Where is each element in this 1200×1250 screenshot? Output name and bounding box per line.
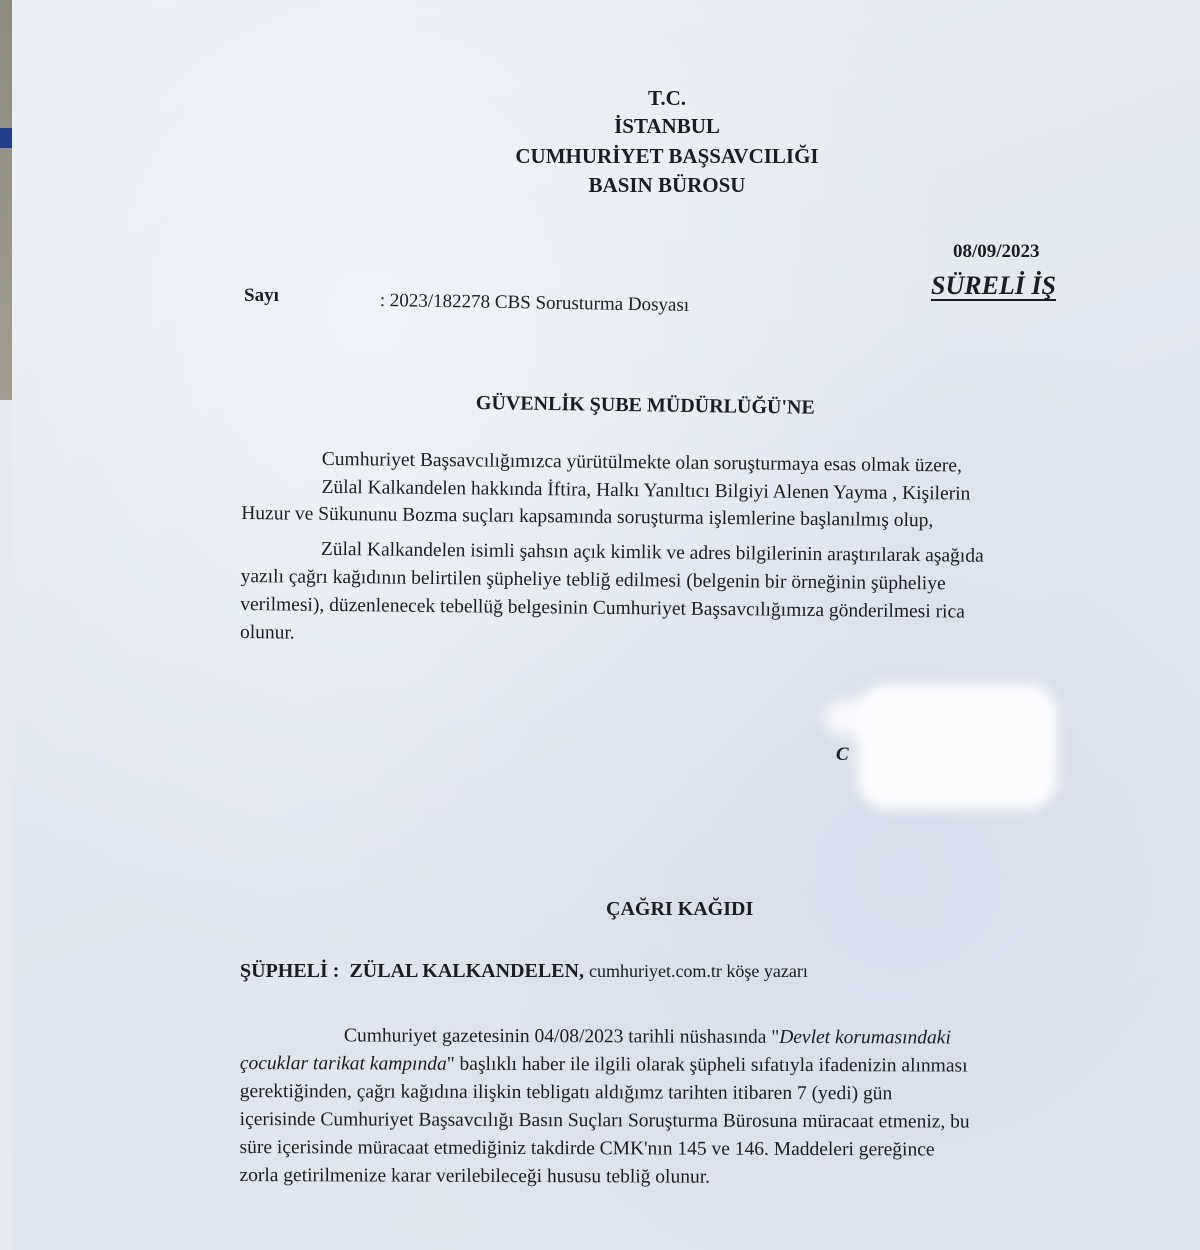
header-city: İSTANBUL bbox=[12, 114, 1200, 139]
summons-line: içerisinde Cumhuriyet Başsavcılığı Basın… bbox=[240, 1106, 970, 1136]
article-title: Devlet korumasındaki bbox=[779, 1027, 951, 1049]
header-office: CUMHURİYET BAŞSAVCILIĞI bbox=[12, 144, 1200, 169]
reference-value: : 2023/182278 CBS Sorusturma Dosyası bbox=[380, 290, 690, 317]
summons-line: çocuklar tarikat kampında" başlıklı habe… bbox=[240, 1050, 968, 1080]
letter-body: Cumhuriyet Başsavcılığımızca yürütülmekt… bbox=[242, 445, 1047, 453]
summons-line: Cumhuriyet gazetesinin 04/08/2023 tarihl… bbox=[344, 1022, 951, 1052]
paper-document: T.C. İSTANBUL CUMHURİYET BAŞSAVCILIĞI BA… bbox=[12, 0, 1200, 1250]
summons-line: zorla getirilmenize karar verilebileceği… bbox=[239, 1162, 710, 1191]
article-title: çocuklar tarikat kampında bbox=[240, 1053, 447, 1075]
header-tc: T.C. bbox=[12, 86, 1200, 111]
summons-title: ÇAĞRI KAĞIDI bbox=[606, 898, 753, 921]
reference-label: Sayı bbox=[244, 285, 279, 307]
desk-stripe bbox=[0, 128, 12, 148]
summons-line: gerektiğinden, çağrı kağıdına ilişkin te… bbox=[240, 1078, 893, 1108]
document-date: 08/09/2023 bbox=[953, 241, 1040, 263]
suspect-line: ŞÜPHELİ : ZÜLAL KALKANDELEN, cumhuriyet.… bbox=[240, 960, 808, 983]
letter-line: olunur. bbox=[240, 619, 295, 647]
suspect-label: ŞÜPHELİ : bbox=[240, 960, 339, 982]
header-bureau: BASIN BÜROSU bbox=[12, 173, 1200, 198]
redaction-blur bbox=[857, 684, 1057, 809]
summons-body: Cumhuriyet gazetesinin 04/08/2023 tarihl… bbox=[240, 1022, 1060, 1025]
suspect-description: cumhuriyet.com.tr köşe yazarı bbox=[589, 961, 808, 981]
addressee: GÜVENLİK ŞUBE MÜDÜRLÜĞÜ'NE bbox=[476, 392, 815, 420]
suspect-name: ZÜLAL KALKANDELEN, bbox=[349, 960, 584, 982]
urgency-label: SÜRELİ İŞ bbox=[931, 271, 1056, 301]
signature-initial: C bbox=[836, 744, 849, 766]
summons-line: süre içerisinde müracaat etmediğiniz tak… bbox=[240, 1134, 935, 1164]
